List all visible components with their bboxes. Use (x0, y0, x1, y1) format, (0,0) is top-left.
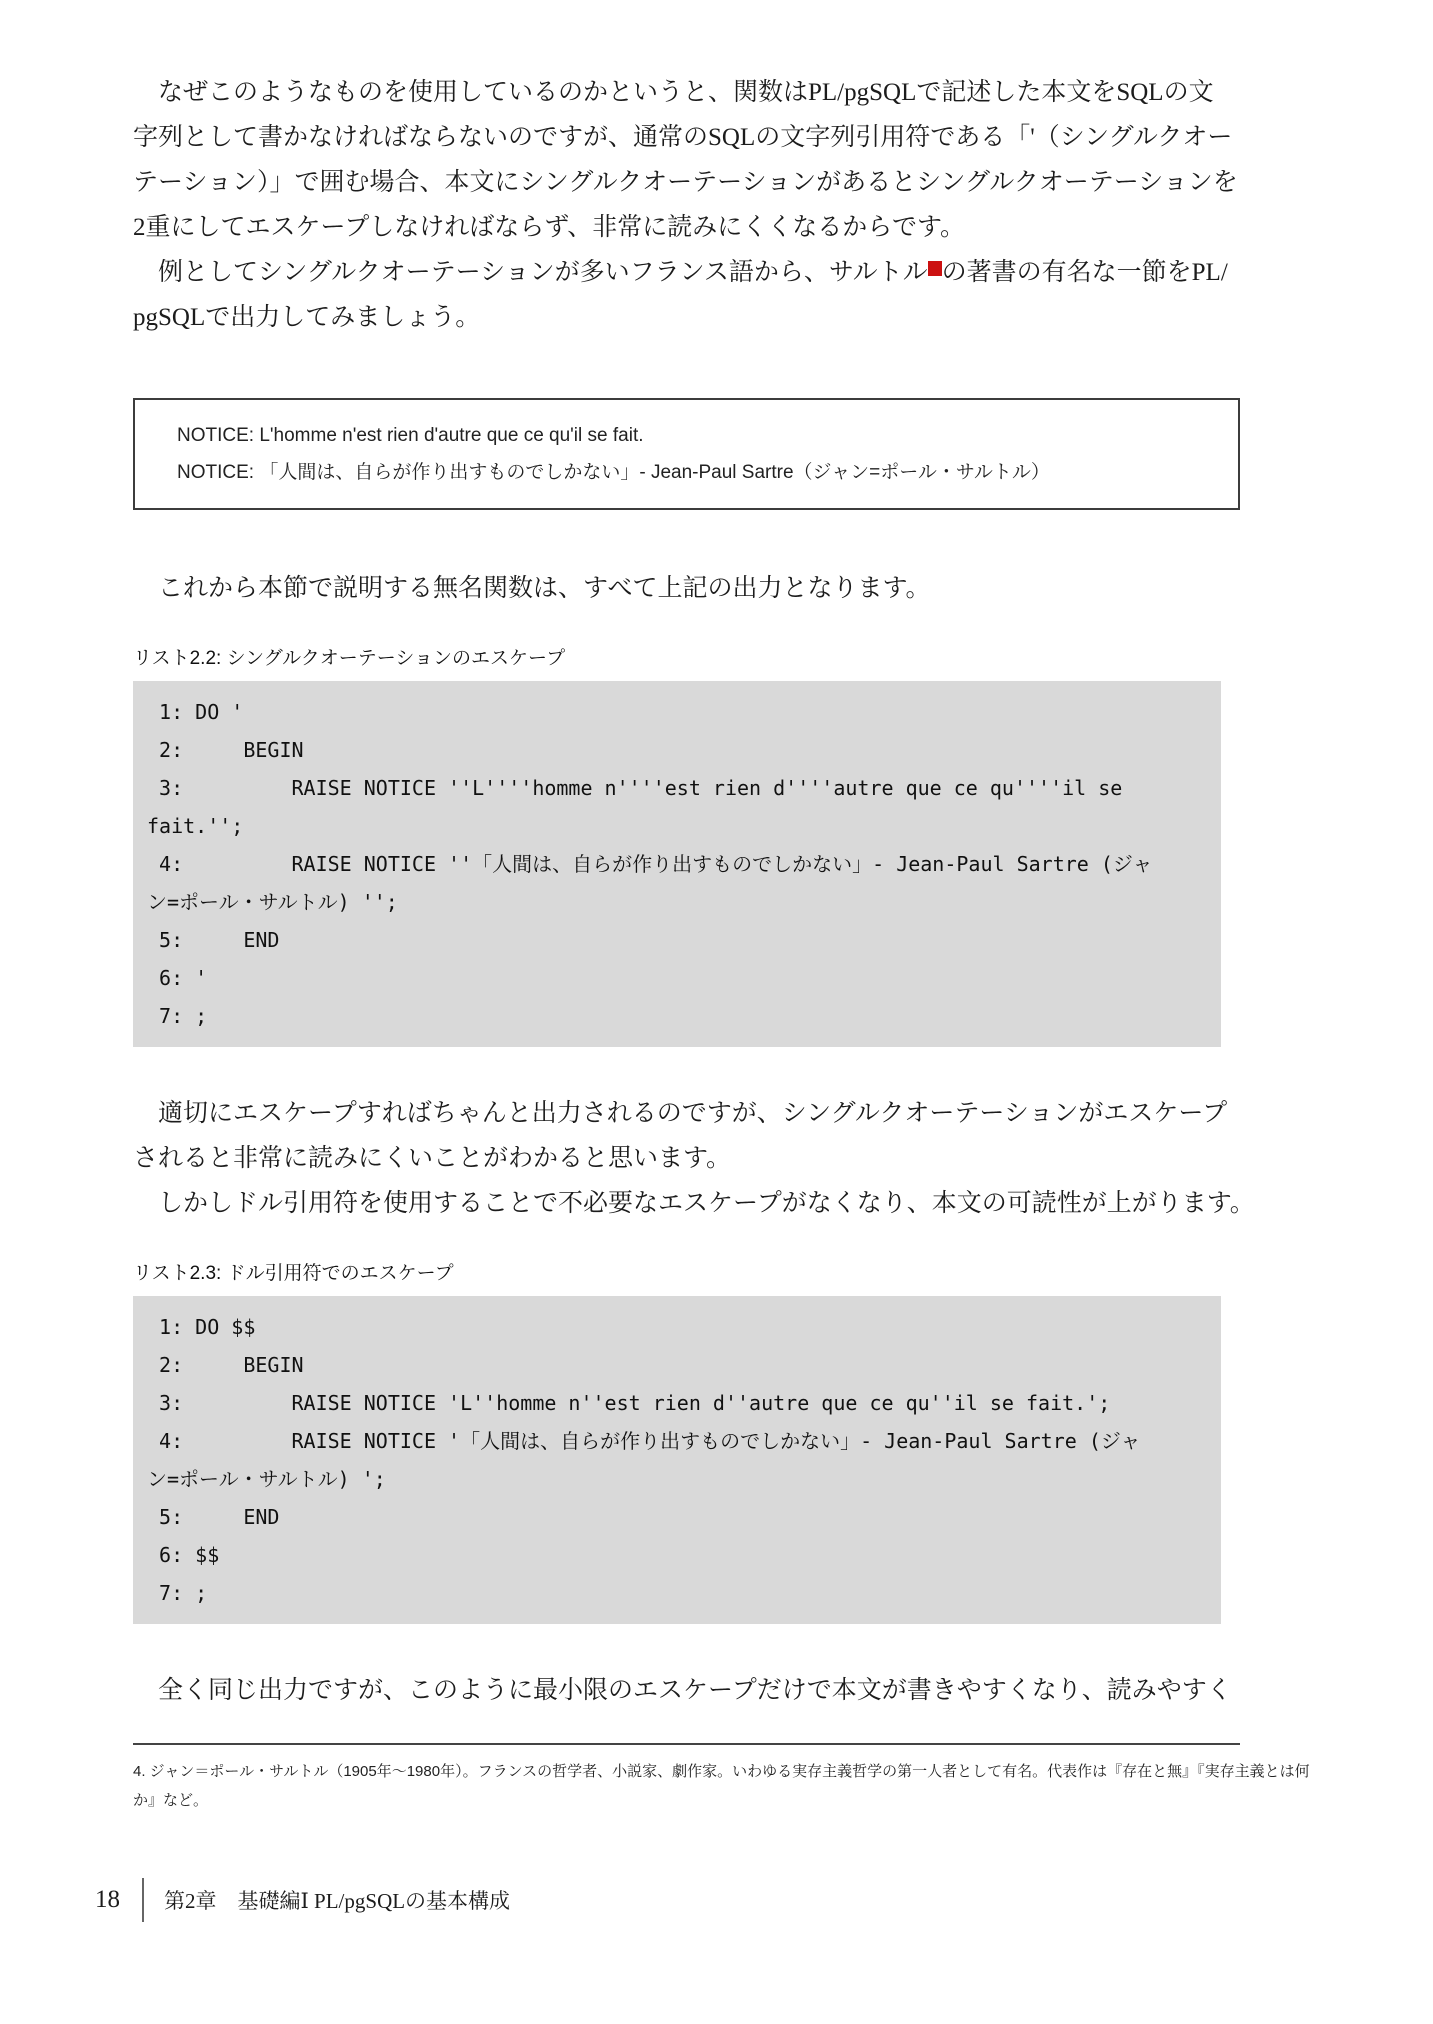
body-text-line: これから本節で説明する無名関数は、すべて上記の出力となります。 (133, 566, 1240, 611)
code-line: 6: $$ (147, 1536, 1213, 1574)
code-line: 5: END (147, 921, 1213, 959)
body-text-segment: 例としてシングルクオーテーションが多いフランス語から、サルトル (158, 259, 928, 286)
code-line: 5: END (147, 1498, 1213, 1536)
code-line: 7: ; (147, 1574, 1213, 1612)
chapter-title: 第2章 基礎編Ⅰ PL/pgSQLの基本構成 (164, 1885, 510, 1915)
body-text-line: テーション）」で囲む場合、本文にシングルクオーテーションがあるとシングルクオーテ… (133, 160, 1240, 205)
body-text-line: されると非常に読みにくいことがわかると思います。 (133, 1136, 1240, 1181)
body-text-line: しかしドル引用符を使用することで不必要なエスケープがなくなり、本文の可読性が上が… (133, 1181, 1240, 1226)
code-line: 1: DO $$ (147, 1308, 1213, 1346)
code-line: 6: ' (147, 959, 1213, 997)
page-number: 18 (95, 1886, 120, 1914)
paragraph-sartre-example: 例としてシングルクオーテーションが多いフランス語から、サルトル4の著書の有名な一… (133, 250, 1240, 340)
page-footer: 18 第2章 基礎編Ⅰ PL/pgSQLの基本構成 (95, 1878, 510, 1922)
footnote-block: 4. ジャン＝ポール・サルトル（1905年～1980年）。フランスの哲学者、小説… (133, 1743, 1240, 1815)
code-line: ン=ポール・サルトル) '; (147, 1460, 1213, 1498)
body-text-line: pgSQLで出力してみましょう。 (133, 295, 1240, 340)
listing-2-3-caption: リスト2.3: ドル引用符でのエスケープ (133, 1262, 1240, 1286)
footnote-ref-marker: 4 (928, 261, 942, 276)
page-content: なぜこのようなものを使用しているのかというと、関数はPL/pgSQLで記述した本… (0, 0, 1433, 1815)
notice-output-line: NOTICE: 「人間は、自らが作り出すものでしかない」- Jean-Paul … (177, 454, 1228, 491)
paragraph-escape-readability: 適切にエスケープすればちゃんと出力されるのですが、シングルクオーテーションがエス… (133, 1091, 1240, 1226)
notice-output-line: NOTICE: L'homme n'est rien d'autre que c… (177, 417, 1228, 454)
listing-2-2-caption: リスト2.2: シングルクオーテーションのエスケープ (133, 647, 1240, 671)
code-listing-2-2: 1: DO ' 2: BEGIN 3: RAISE NOTICE ''L''''… (133, 681, 1221, 1047)
body-text-line: 適切にエスケープすればちゃんと出力されるのですが、シングルクオーテーションがエス… (133, 1091, 1240, 1136)
footnote-line: か』など。 (133, 1786, 1240, 1815)
code-line: 4: RAISE NOTICE ''「人間は、自らが作り出すものでしかない」- … (147, 845, 1213, 883)
code-line: 2: BEGIN (147, 1346, 1213, 1384)
paragraph-same-output: 全く同じ出力ですが、このように最小限のエスケープだけで本文が書きやすくなり、読み… (133, 1668, 1240, 1713)
code-line: 4: RAISE NOTICE '「人間は、自らが作り出すものでしかない」- J… (147, 1422, 1213, 1460)
code-listing-2-3: 1: DO $$ 2: BEGIN 3: RAISE NOTICE 'L''ho… (133, 1296, 1221, 1624)
body-text-line: 字列として書かなければならないのですが、通常のSQLの文字列引用符である「'（シ… (133, 115, 1240, 160)
paragraph-single-quote-explanation: なぜこのようなものを使用しているのかというと、関数はPL/pgSQLで記述した本… (133, 70, 1240, 250)
console-output-box: NOTICE: L'homme n'est rien d'autre que c… (133, 398, 1240, 510)
body-text-line: 2重にしてエスケープしなければならず、非常に読みにくくなるからです。 (133, 205, 1240, 250)
body-text-line: 全く同じ出力ですが、このように最小限のエスケープだけで本文が書きやすくなり、読み… (133, 1668, 1240, 1713)
footer-divider (142, 1878, 144, 1922)
code-line: ン=ポール・サルトル) ''; (147, 883, 1213, 921)
code-line: 7: ; (147, 997, 1213, 1035)
code-line: 2: BEGIN (147, 731, 1213, 769)
footnote-line: 4. ジャン＝ポール・サルトル（1905年～1980年）。フランスの哲学者、小説… (133, 1757, 1240, 1786)
body-text-line: なぜこのようなものを使用しているのかというと、関数はPL/pgSQLで記述した本… (133, 70, 1240, 115)
code-line: 3: RAISE NOTICE 'L''homme n''est rien d'… (147, 1384, 1213, 1422)
code-line: fait.''; (147, 807, 1213, 845)
code-line: 3: RAISE NOTICE ''L''''homme n''''est ri… (147, 769, 1213, 807)
body-text-segment: の著書の有名な一節をPL/ (942, 259, 1228, 286)
body-text-line: 例としてシングルクオーテーションが多いフランス語から、サルトル4の著書の有名な一… (133, 250, 1240, 295)
paragraph-anonymous-function-note: これから本節で説明する無名関数は、すべて上記の出力となります。 (133, 566, 1240, 611)
book-page: なぜこのようなものを使用しているのかというと、関数はPL/pgSQLで記述した本… (0, 0, 1433, 2024)
code-line: 1: DO ' (147, 693, 1213, 731)
